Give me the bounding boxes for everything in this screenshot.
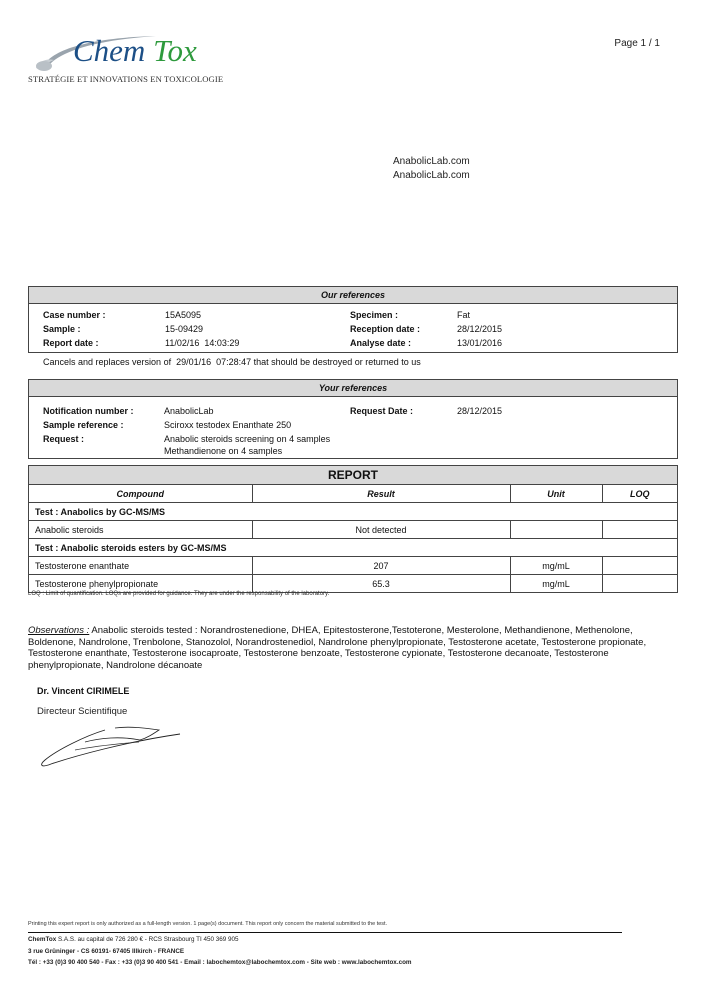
field-label: Specimen : [350,310,398,320]
unit-cell: mg/mL [510,575,602,593]
observations-text: Anabolic steroids tested : Norandrostene… [28,625,646,671]
field-label: Request : [43,434,84,444]
field-value: Sciroxx testodex Enanthate 250 [164,420,291,430]
your-references-box: Your references Notification number : An… [28,379,678,459]
column-header-loq: LOQ [602,485,677,503]
report-title: REPORT [29,466,677,485]
field-label: Sample reference : [43,420,124,430]
field-value: 15-09429 [165,324,203,334]
footer-company: ChemTox S.A.S. au capital de 726 280 € -… [28,936,239,943]
test-section-row: Test : Anabolic steroids esters by GC-MS… [29,539,677,557]
recipient-line-2: AnabolicLab.com [393,169,470,183]
loq-cell [602,557,677,575]
result-cell: 207 [252,557,510,575]
compound-cell: Testosterone phenylpropionate [29,575,252,593]
table-header-row: Compound Result Unit LOQ [29,485,677,503]
table-row: Anabolic steroids Not detected [29,521,677,539]
loq-cell [602,521,677,539]
results-table: Compound Result Unit LOQ Test : Anabolic… [29,485,677,592]
field-value: 11/02/16 14:03:29 [165,338,239,348]
table-row: Testosterone phenylpropionate 65.3 mg/mL [29,575,677,593]
recipient-address: AnabolicLab.com AnabolicLab.com [393,155,470,183]
result-cell: Not detected [252,521,510,539]
field-label: Request Date : [350,406,413,416]
footer-contact: Tél : +33 (0)3 90 400 540 - Fax : +33 (0… [28,959,412,966]
field-label: Sample : [43,324,81,334]
field-value: 15A5095 [165,310,201,320]
handwritten-signature-icon [35,716,185,776]
compound-cell: Testosterone enanthate [29,557,252,575]
table-row: Testosterone enanthate 207 mg/mL [29,557,677,575]
signer-name: Dr. Vincent CIRIMELE [37,686,129,696]
test-section-row: Test : Anabolics by GC-MS/MS [29,503,677,521]
footer-company-details: S.A.S. au capital de 726 280 € - RCS Str… [56,936,238,943]
field-value: 13/01/2016 [457,338,502,348]
cancel-replace-note: Cancels and replaces version of 29/01/16… [43,357,421,367]
observations-paragraph: Observations : Anabolic steroids tested … [28,625,668,671]
unit-cell [510,521,602,539]
field-value: AnabolicLab [164,406,214,416]
field-label: Case number : [43,310,106,320]
unit-cell: mg/mL [510,557,602,575]
test-name: Test : Anabolics by GC-MS/MS [29,503,677,521]
footer-divider [28,932,622,933]
observations-label: Observations : [28,625,89,636]
logo-chem: Chem [73,33,145,68]
footer-company-name: ChemTox [28,936,56,943]
field-value-2: Methandienone on 4 samples [164,446,282,456]
loq-cell [602,575,677,593]
field-value: 28/12/2015 [457,324,502,334]
test-name: Test : Anabolic steroids esters by GC-MS… [29,539,677,557]
compound-cell: Anabolic steroids [29,521,252,539]
field-value: 28/12/2015 [457,406,502,416]
column-header-compound: Compound [29,485,252,503]
column-header-unit: Unit [510,485,602,503]
logo-wordmark: Chem Tox [73,33,197,69]
chemtox-logo: Chem Tox STRATÉGIE ET INNOVATIONS EN TOX… [28,30,248,86]
loq-note: LOQ : Limit of quantification. LOQs are … [28,591,329,597]
page-number: Page 1 / 1 [614,38,660,49]
our-references-title: Our references [29,287,677,304]
field-label: Report date : [43,338,99,348]
footer-address: 3 rue Grüninger - CS 60191- 67405 Illkir… [28,948,184,955]
field-value: Fat [457,310,470,320]
your-references-title: Your references [29,380,677,397]
field-label: Reception date : [350,324,420,334]
report-table-box: REPORT Compound Result Unit LOQ Test : A… [28,465,678,593]
logo-tox: Tox [153,33,197,68]
recipient-line-1: AnabolicLab.com [393,155,470,169]
field-label: Analyse date : [350,338,411,348]
result-cell: 65.3 [252,575,510,593]
field-label: Notification number : [43,406,134,416]
field-value: Anabolic steroids screening on 4 samples [164,434,330,444]
column-header-result: Result [252,485,510,503]
footer-disclaimer: Printing this expert report is only auth… [28,921,387,927]
our-references-box: Our references Case number : 15A5095 Sam… [28,286,678,353]
logo-tagline: STRATÉGIE ET INNOVATIONS EN TOXICOLOGIE [28,74,223,84]
